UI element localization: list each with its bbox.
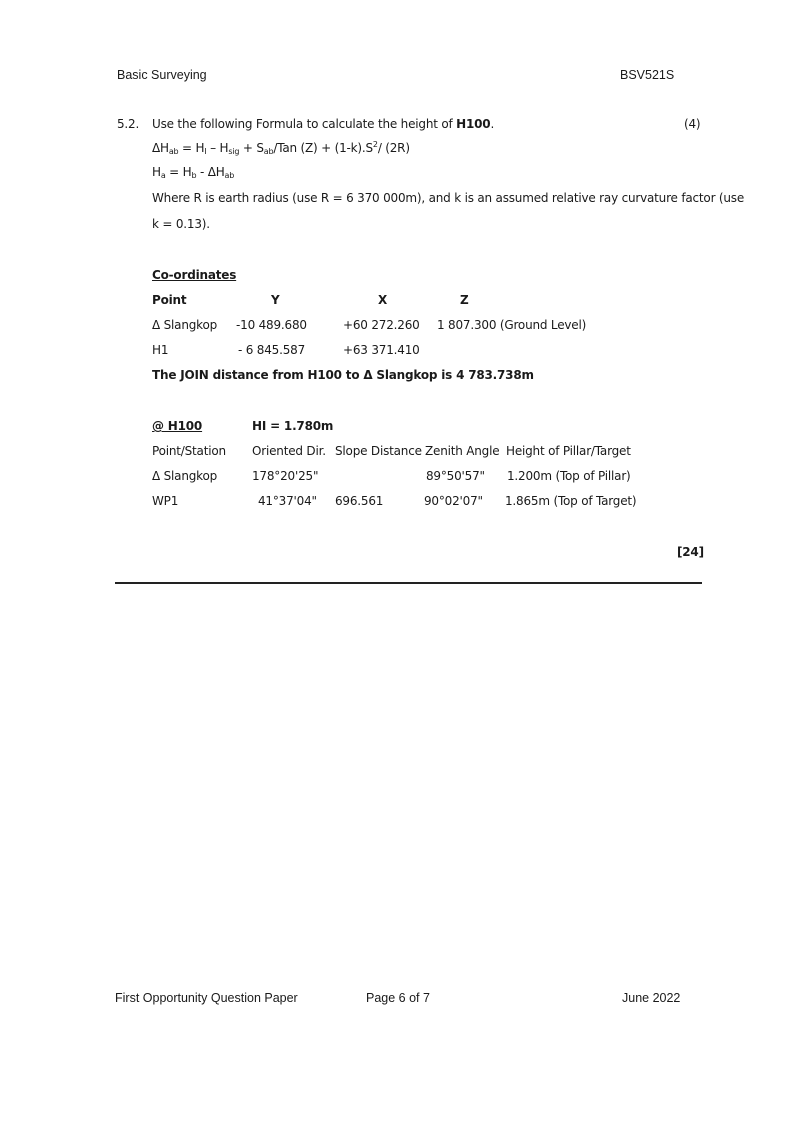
join-distance-note: The JOIN distance from H100 to Δ Slangko… xyxy=(152,368,534,382)
obs-row-0-direction: 178°20'25" xyxy=(252,469,318,483)
coord-row-0-point: Δ Slangkop xyxy=(152,318,217,332)
coord-header-y: Y xyxy=(271,293,280,307)
f2-ha: H xyxy=(152,165,161,179)
station-label: @ H100 xyxy=(152,419,202,433)
where-line-2: k = 0.13). xyxy=(152,217,210,231)
f2-hab-sub: ab xyxy=(225,171,235,180)
obs-header-zenith: Zenith Angle xyxy=(425,444,499,458)
f1-hsig-sub: sig xyxy=(228,147,239,156)
obs-header-height: Height of Pillar/Target xyxy=(506,444,631,458)
coord-row-1-point: H1 xyxy=(152,343,168,357)
coord-header-x: X xyxy=(378,293,387,307)
obs-header-direction: Oriented Dir. xyxy=(252,444,326,458)
obs-row-0-zenith: 89°50'57" xyxy=(426,469,485,483)
obs-row-1-direction: 41°37'04" xyxy=(258,494,317,508)
question-target-point: H100 xyxy=(456,117,490,131)
footer-paper: First Opportunity Question Paper xyxy=(115,991,298,1005)
footer-page: Page 6 of 7 xyxy=(366,991,430,1005)
coord-row-0-x: +60 272.260 xyxy=(343,318,420,332)
course-code: BSV521S xyxy=(620,68,674,82)
obs-row-1-point: WP1 xyxy=(152,494,178,508)
f1-rest1: /Tan (Z) + (1-k).S xyxy=(273,141,373,155)
f1-rest2: / (2R) xyxy=(378,141,410,155)
question-number: 5.2. xyxy=(117,117,139,131)
f1-sab-sub: ab xyxy=(264,147,274,156)
coord-row-0-y: -10 489.680 xyxy=(236,318,307,332)
where-line-1: Where R is earth radius (use R = 6 370 0… xyxy=(152,191,744,205)
f1-eq: = H xyxy=(178,141,204,155)
coord-row-1-y: - 6 845.587 xyxy=(238,343,305,357)
section-divider xyxy=(115,582,702,584)
formula-delta-h: ΔHab = HI – Hsig + Sab/Tan (Z) + (1-k).S… xyxy=(152,141,410,155)
instrument-height: HI = 1.780m xyxy=(252,419,333,433)
obs-row-1-zenith: 90°02'07" xyxy=(424,494,483,508)
f1-plus-s: + S xyxy=(239,141,264,155)
coordinates-title: Co-ordinates xyxy=(152,268,236,282)
f2-eq: = H xyxy=(166,165,192,179)
obs-row-0-point: Δ Slangkop xyxy=(152,469,217,483)
f2-minus: - ΔH xyxy=(196,165,224,179)
obs-header-point: Point/Station xyxy=(152,444,226,458)
obs-row-0-height: 1.200m (Top of Pillar) xyxy=(507,469,631,483)
f1-lhs-sub: ab xyxy=(169,147,179,156)
obs-header-slope: Slope Distance xyxy=(335,444,422,458)
f1-minus: – H xyxy=(207,141,229,155)
question-text-prefix: Use the following Formula to calculate t… xyxy=(152,117,456,131)
coord-row-0-z: 1 807.300 (Ground Level) xyxy=(437,318,586,332)
total-marks: [24] xyxy=(677,545,704,559)
coord-row-1-x: +63 371.410 xyxy=(343,343,420,357)
coord-header-point: Point xyxy=(152,293,186,307)
footer-date: June 2022 xyxy=(622,991,680,1005)
question-text: Use the following Formula to calculate t… xyxy=(152,117,494,131)
obs-row-1-height: 1.865m (Top of Target) xyxy=(505,494,636,508)
formula-height: Ha = Hb - ΔHab xyxy=(152,165,234,179)
question-text-suffix: . xyxy=(490,117,494,131)
question-marks: (4) xyxy=(684,117,700,131)
coord-header-z: Z xyxy=(460,293,469,307)
f1-lhs: ΔH xyxy=(152,141,169,155)
obs-row-1-slope: 696.561 xyxy=(335,494,383,508)
course-title: Basic Surveying xyxy=(117,68,207,82)
